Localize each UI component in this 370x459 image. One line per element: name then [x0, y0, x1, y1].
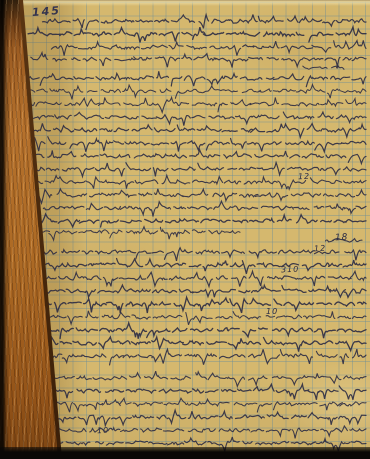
handwriting-line: [35, 163, 366, 177]
handwriting-line: [42, 337, 366, 352]
handwriting-line: [43, 371, 366, 386]
legible-fragment: 310: [281, 266, 300, 275]
handwriting-line: [51, 40, 366, 55]
handwriting-line: [49, 410, 366, 425]
handwriting-line: [43, 285, 366, 297]
handwriting-line: [36, 323, 366, 339]
photo-bottom-edge: [0, 447, 370, 459]
legible-fragment: 10: [266, 308, 278, 316]
legible-fragment: 12: [314, 245, 327, 254]
handwriting-line: [24, 85, 366, 100]
handwriting-line: [33, 227, 240, 240]
legible-fragment: 10: [97, 427, 109, 435]
handwriting-line: [37, 189, 366, 203]
handwriting-line: [30, 137, 366, 152]
handwriting-line: [32, 150, 366, 164]
page-number: 145: [32, 4, 62, 19]
handwriting-line: [31, 175, 366, 189]
handwriting-line: [26, 97, 367, 112]
handwriting-line: [43, 15, 367, 30]
handwriting-line: [28, 27, 366, 42]
handwriting-line: [35, 297, 366, 313]
handwriting-line: [27, 201, 366, 216]
handwriting-line: [36, 259, 366, 274]
scanned-notebook-photo: 145 1812123101010: [0, 0, 370, 459]
legible-fragment: 18: [335, 234, 349, 244]
handwriting-line: [48, 398, 366, 412]
handwriting-line: [26, 71, 366, 86]
handwriting-line: [36, 271, 366, 286]
handwriting-line: [33, 123, 366, 137]
legible-fragment: 12: [298, 173, 310, 181]
handwriting-line: [303, 66, 344, 69]
handwriting-line: [44, 384, 366, 400]
handwriting-line: [31, 53, 366, 68]
handwriting-line: [51, 349, 366, 365]
handwriting-line: [34, 112, 366, 126]
handwriting-line: [36, 214, 366, 228]
handwriting-line: [38, 311, 366, 325]
